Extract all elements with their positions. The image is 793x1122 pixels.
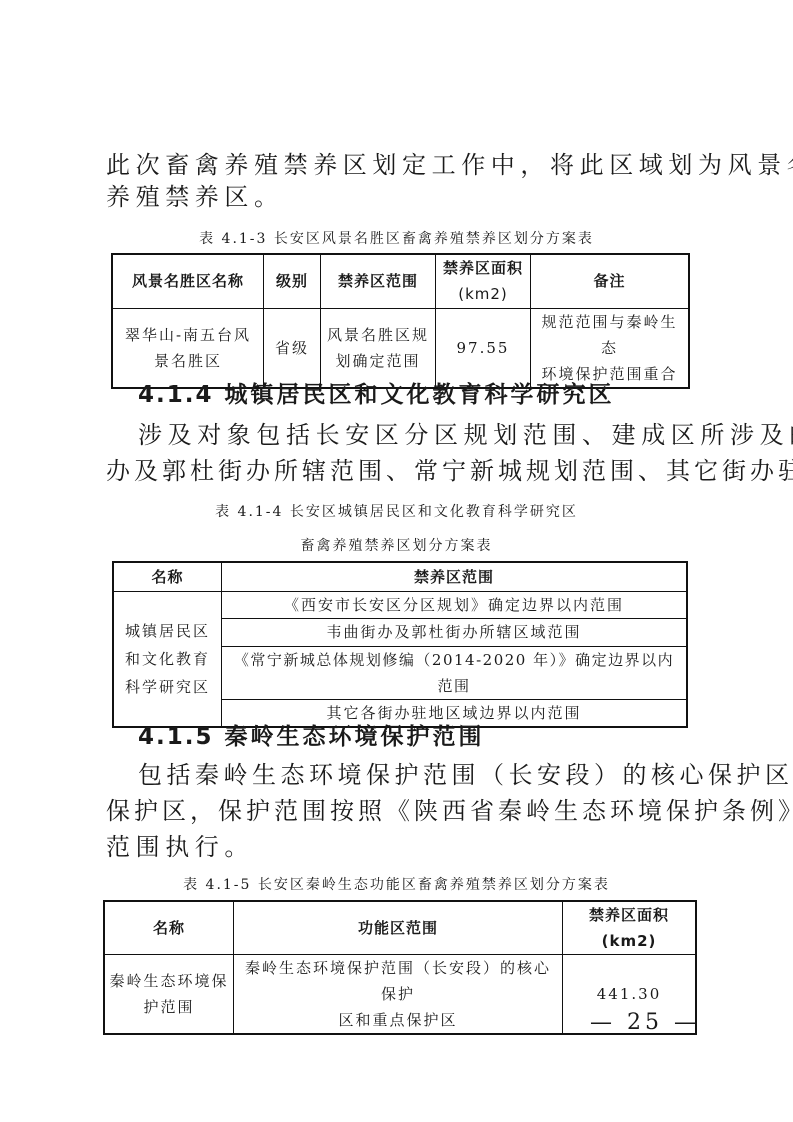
section-4-1-5-body-line-3: 范围执行。 bbox=[106, 832, 696, 863]
header-area-unit: (km2) bbox=[440, 281, 526, 307]
section-4-1-4-body-line-2: 办及郭杜街办所辖范围、常宁新城规划范围、其它街办驻地区域。 bbox=[106, 456, 696, 487]
header-scope: 禁养区范围 bbox=[321, 254, 436, 308]
section-4-1-5-body-line-2: 保护区，保护范围按照《陕西省秦岭生态环境保护条例》规定的 bbox=[106, 796, 696, 827]
cell-text: 和文化教育 bbox=[118, 645, 217, 673]
intro-paragraph-line-1: 此次畜禽养殖禁养区划定工作中，将此区域划为风景名胜区畜禽 bbox=[106, 150, 696, 181]
cell-text: 景名胜区 bbox=[117, 348, 259, 374]
table-row: 翠华山-南五台风 景名胜区 省级 风景名胜区规 划确定范围 97.55 规范范围… bbox=[112, 308, 689, 388]
header-scenic-name: 风景名胜区名称 bbox=[112, 254, 264, 308]
cell-text: 规范范围与秦岭生态 bbox=[535, 309, 684, 361]
cell-text: 秦岭生态环境保护范围（长安段）的核心保护 bbox=[238, 955, 558, 1007]
table-4-1-4-caption-line-2: 畜禽养殖禁养区划分方案表 bbox=[0, 537, 793, 555]
cell-text: 区和重点保护区 bbox=[238, 1007, 558, 1033]
cell-scenic-name: 翠华山-南五台风 景名胜区 bbox=[112, 308, 264, 388]
section-number: 4.1.4 bbox=[138, 382, 214, 408]
table-4-1-3-caption: 表 4.1-3 长安区风景名胜区畜禽养殖禁养区划分方案表 bbox=[0, 230, 793, 248]
cell-note: 规范范围与秦岭生态 环境保护范围重合 bbox=[531, 308, 690, 388]
cell-area: 97.55 bbox=[436, 308, 531, 388]
cell-scope: 《常宁新城总体规划修编（2014-2020 年）》确定边界以内范围 bbox=[222, 646, 688, 699]
cell-text: 城镇居民区 bbox=[118, 617, 217, 645]
cell-level: 省级 bbox=[264, 308, 321, 388]
table-header-row: 名称 功能区范围 禁养区面积(km2) bbox=[104, 901, 696, 955]
table-4-1-5-caption: 表 4.1-5 长安区秦岭生态功能区畜禽养殖禁养区划分方案表 bbox=[0, 876, 793, 894]
header-level: 级别 bbox=[264, 254, 321, 308]
cell-scope: 风景名胜区规 划确定范围 bbox=[321, 308, 436, 388]
section-title: 城镇居民区和文化教育科学研究区 bbox=[225, 381, 615, 408]
header-name: 名称 bbox=[113, 562, 222, 591]
cell-scope: 韦曲街办及郭杜街办所辖区域范围 bbox=[222, 618, 688, 646]
section-number: 4.1.5 bbox=[138, 724, 214, 750]
cell-text: 风景名胜区规 bbox=[325, 322, 431, 348]
cell-text: 科学研究区 bbox=[118, 673, 217, 701]
section-heading-4-1-4: 4.1.4 城镇居民区和文化教育科学研究区 bbox=[138, 380, 615, 410]
cell-name: 秦岭生态环境保 护范围 bbox=[104, 955, 234, 1035]
cell-text: 翠华山-南五台风 bbox=[117, 322, 259, 348]
section-title: 秦岭生态环境保护范围 bbox=[225, 723, 485, 750]
cell-text: 划确定范围 bbox=[325, 348, 431, 374]
header-area: 禁养区面积(km2) bbox=[563, 901, 697, 955]
table-4-1-3: 风景名胜区名称 级别 禁养区范围 禁养区面积 (km2) 备注 翠华山-南五台风… bbox=[111, 253, 690, 389]
cell-text: 护范围 bbox=[109, 994, 229, 1020]
page-number: — 25 — bbox=[590, 1010, 700, 1035]
header-area-label: 禁养区面积 bbox=[440, 255, 526, 281]
table-header-row: 名称 禁养区范围 bbox=[113, 562, 687, 591]
cell-text: 秦岭生态环境保 bbox=[109, 968, 229, 994]
section-4-1-5-body-line-1: 包括秦岭生态环境保护范围（长安段）的核心保护区和重点 bbox=[138, 760, 728, 791]
header-scope: 禁养区范围 bbox=[222, 562, 688, 591]
header-area: 禁养区面积 (km2) bbox=[436, 254, 531, 308]
section-heading-4-1-5: 4.1.5 秦岭生态环境保护范围 bbox=[138, 722, 485, 752]
cell-scope: 《西安市长安区分区规划》确定边界以内范围 bbox=[222, 591, 688, 618]
intro-paragraph-line-2: 养殖禁养区。 bbox=[106, 182, 696, 213]
section-4-1-4-body-line-1: 涉及对象包括长安区分区规划范围、建成区所涉及的韦曲街 bbox=[138, 420, 728, 451]
table-4-1-4-caption-line-1: 表 4.1-4 长安区城镇居民区和文化教育科学研究区 bbox=[0, 503, 793, 521]
header-note: 备注 bbox=[531, 254, 690, 308]
cell-function-scope: 秦岭生态环境保护范围（长安段）的核心保护 区和重点保护区 bbox=[234, 955, 563, 1035]
table-row: 城镇居民区 和文化教育 科学研究区 《西安市长安区分区规划》确定边界以内范围 bbox=[113, 591, 687, 618]
table-4-1-4: 名称 禁养区范围 城镇居民区 和文化教育 科学研究区 《西安市长安区分区规划》确… bbox=[112, 561, 688, 728]
header-function-scope: 功能区范围 bbox=[234, 901, 563, 955]
table-header-row: 风景名胜区名称 级别 禁养区范围 禁养区面积 (km2) 备注 bbox=[112, 254, 689, 308]
cell-name: 城镇居民区 和文化教育 科学研究区 bbox=[113, 591, 222, 727]
header-name: 名称 bbox=[104, 901, 234, 955]
